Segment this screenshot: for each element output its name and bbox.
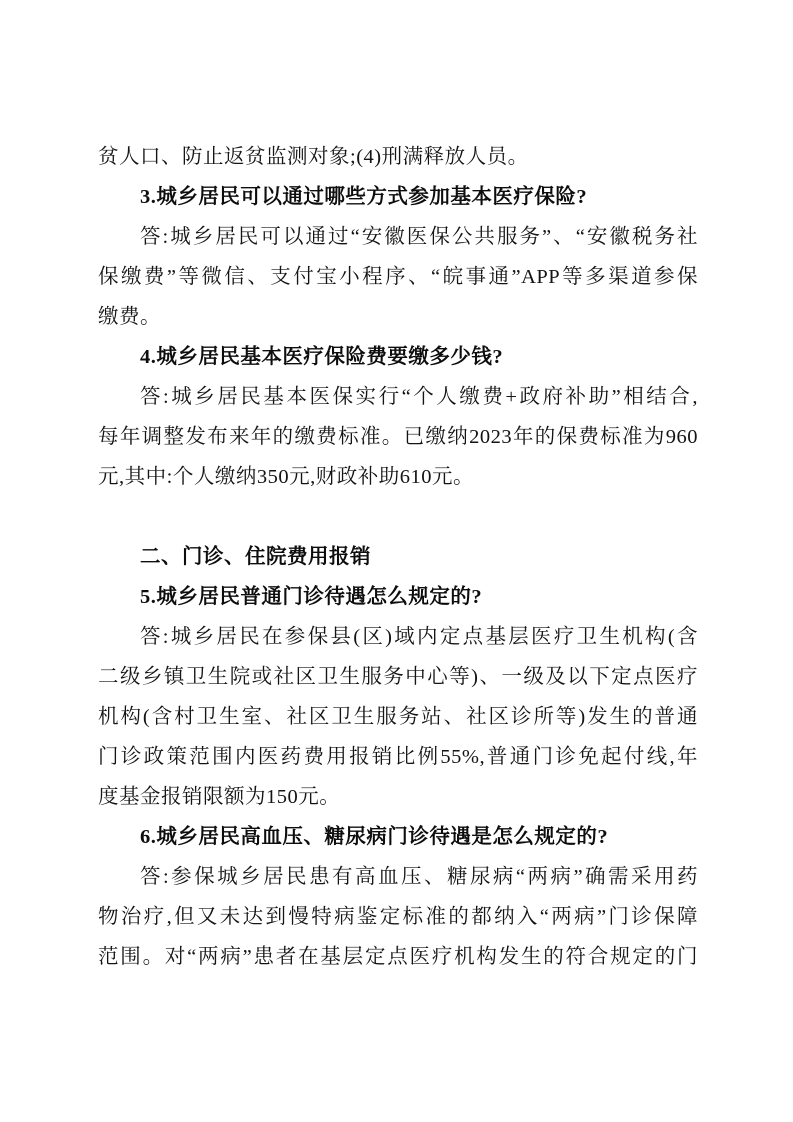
body-text-line: 门诊政策范围内医药费用报销比例55%,普通门诊免起付线,年 xyxy=(98,737,698,777)
question-heading-line: 3.城乡居民可以通过哪些方式参加基本医疗保险? xyxy=(98,177,698,217)
body-text-line: 范围。对“两病”患者在基层定点医疗机构发生的符合规定的门 xyxy=(98,937,698,977)
question-heading-line: 5.城乡居民普通门诊待遇怎么规定的? xyxy=(98,577,698,617)
body-text-line: 度基金报销限额为150元。 xyxy=(98,777,698,817)
body-text-line: 保缴费”等微信、支付宝小程序、“皖事通”APP等多渠道参保 xyxy=(98,257,698,297)
blank-line xyxy=(98,497,698,537)
body-text-line: 每年调整发布来年的缴费标准。已缴纳2023年的保费标准为960 xyxy=(98,417,698,457)
document-page: 贫人口、防止返贫监测对象;(4)刑满释放人员。3.城乡居民可以通过哪些方式参加基… xyxy=(0,0,793,1122)
body-text-line: 贫人口、防止返贫监测对象;(4)刑满释放人员。 xyxy=(98,137,698,177)
body-text-line: 元,其中:个人缴纳350元,财政补助610元。 xyxy=(98,457,698,497)
body-text-line: 答:城乡居民可以通过“安徽医保公共服务”、“安徽税务社 xyxy=(98,217,698,257)
body-text-line: 答:城乡居民在参保县(区)域内定点基层医疗卫生机构(含 xyxy=(98,617,698,657)
body-text-line: 二级乡镇卫生院或社区卫生服务中心等)、一级及以下定点医疗 xyxy=(98,657,698,697)
body-text-line: 答:城乡居民基本医保实行“个人缴费+政府补助”相结合, xyxy=(98,377,698,417)
body-text-line: 答:参保城乡居民患有高血压、糖尿病“两病”确需采用药 xyxy=(98,857,698,897)
body-text-line: 机构(含村卫生室、社区卫生服务站、社区诊所等)发生的普通 xyxy=(98,697,698,737)
question-heading-line: 4.城乡居民基本医疗保险费要缴多少钱? xyxy=(98,337,698,377)
section-heading-line: 二、门诊、住院费用报销 xyxy=(98,537,698,577)
body-text-line: 缴费。 xyxy=(98,297,698,337)
document-content: 贫人口、防止返贫监测对象;(4)刑满释放人员。3.城乡居民可以通过哪些方式参加基… xyxy=(98,137,698,977)
question-heading-line: 6.城乡居民高血压、糖尿病门诊待遇是怎么规定的? xyxy=(98,817,698,857)
body-text-line: 物治疗,但又未达到慢特病鉴定标准的都纳入“两病”门诊保障 xyxy=(98,897,698,937)
